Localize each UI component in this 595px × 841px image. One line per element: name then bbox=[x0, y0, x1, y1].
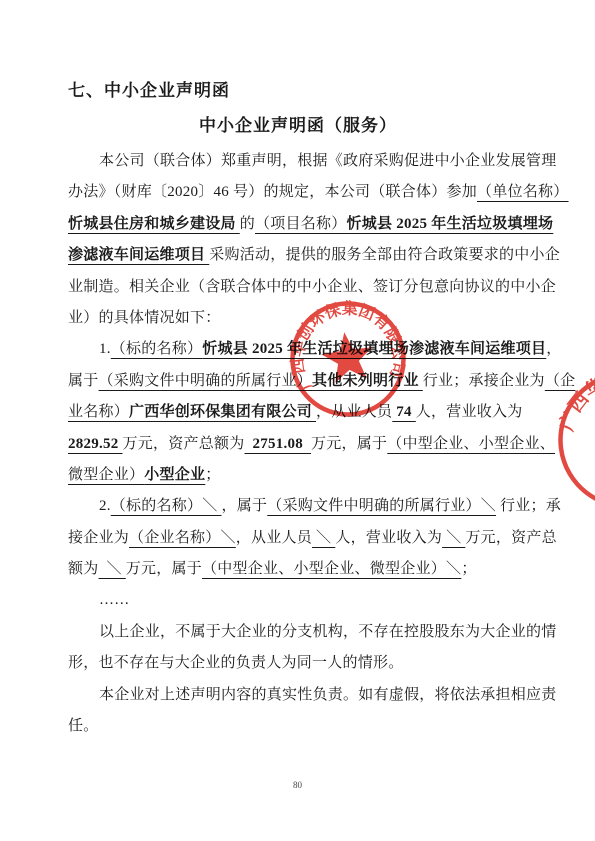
text-run: （企业名称）＼ bbox=[129, 530, 236, 546]
text-run: 人，营业收入为 bbox=[335, 530, 442, 546]
text-run: 微型企业） bbox=[68, 467, 144, 483]
text-line: …… bbox=[68, 585, 530, 616]
text-run: 接企业为 bbox=[68, 530, 129, 546]
text-run: 业名称） bbox=[68, 404, 129, 420]
text-run: ，从业人员 bbox=[316, 404, 392, 420]
text-line: 1.（标的名称）忻城县 2025 年生活垃圾填埋场渗滤液车间运维项目， bbox=[68, 334, 530, 365]
text-run: 1. bbox=[99, 341, 111, 357]
text-run: 行业；承 bbox=[496, 498, 561, 514]
document-body: 本公司（联合体）郑重声明，根据《政府采购促进中小企业发展管理办法》（财库〔202… bbox=[68, 146, 530, 742]
text-run: 2829.52 bbox=[68, 436, 123, 452]
text-run: 万元，属于 bbox=[126, 561, 202, 577]
text-run: ＼ bbox=[312, 530, 335, 546]
text-line: 业名称）广西华创环保集团有限公司 ，从业人员 74 人，营业收入为 bbox=[68, 397, 530, 428]
text-run: （项目名称） bbox=[255, 216, 347, 232]
text-run: 额为 bbox=[68, 561, 99, 577]
text-run: ，从业人员 bbox=[236, 530, 312, 546]
text-run: 业制造。相关企业（含联合体中的中小企业、签订分包意向协议的中小企 bbox=[68, 279, 556, 295]
text-run: 本公司（联合体）郑重声明，根据《政府采购促进中小企业发展管理 bbox=[99, 153, 557, 169]
text-line: 业制造。相关企业（含联合体中的中小企业、签订分包意向协议的中小企 bbox=[68, 272, 530, 303]
text-run: ， bbox=[546, 341, 561, 357]
text-run: 2. bbox=[99, 498, 111, 514]
text-run: 形，也不存在与大企业的负责人为同一人的情形。 bbox=[68, 655, 404, 671]
text-run: 忻城县 2025 年生活垃圾填埋场渗滤液车间运维项目 bbox=[202, 341, 546, 357]
text-run: 以上企业，不属于大企业的分支机构，不存在控股股东为大企业的情 bbox=[99, 624, 557, 640]
text-line: 接企业为（企业名称）＼，从业人员 ＼ 人，营业收入为 ＼ 万元，资产总 bbox=[68, 523, 530, 554]
text-run: （中型企业、小型企业、微型企业）＼ bbox=[202, 561, 461, 577]
text-run: （标的名称）＼ bbox=[111, 498, 222, 514]
text-run: （企 bbox=[545, 373, 576, 389]
text-line: 微型企业）小型企业； bbox=[68, 460, 530, 491]
text-line: 2.（标的名称）＼ ，属于（采购文件中明确的所属行业）＼ 行业；承 bbox=[68, 491, 530, 522]
text-line: 形，也不存在与大企业的负责人为同一人的情形。 bbox=[68, 648, 530, 679]
document-page: 七、中小企业声明函 中小企业声明函（服务） 本公司（联合体）郑重声明，根据《政府… bbox=[0, 0, 595, 841]
text-run: 任。 bbox=[68, 718, 99, 734]
section-heading: 七、中小企业声明函 bbox=[68, 76, 230, 101]
text-line: 业）的具体情况如下： bbox=[68, 303, 530, 334]
text-run: （采购文件中明确的所属行业） bbox=[99, 373, 313, 389]
text-run: 属于 bbox=[68, 373, 99, 389]
text-run: 万元，属于 bbox=[311, 436, 387, 452]
text-line: 本公司（联合体）郑重声明，根据《政府采购促进中小企业发展管理 bbox=[68, 146, 530, 177]
text-run: …… bbox=[99, 592, 130, 608]
text-run: 本企业对上述声明内容的真实性负责。如有虚假，将依法承担相应责 bbox=[99, 687, 557, 703]
text-line: 办法》（财库〔2020〕46 号）的规定，本公司（联合体）参加（单位名称） bbox=[68, 177, 530, 208]
text-run: （单位名称） bbox=[477, 184, 569, 200]
text-run: 其他未列明行业 bbox=[312, 373, 423, 389]
seal-star bbox=[587, 396, 595, 479]
text-run: 办法》（财库〔2020〕46 号）的规定，本公司（联合体）参加 bbox=[68, 184, 477, 200]
text-line: 额为 ＼ 万元，属于（中型企业、小型企业、微型企业）＼； bbox=[68, 554, 530, 585]
text-run: ＼ bbox=[99, 561, 126, 577]
text-run: 忻城县 2025 年生活垃圾填埋场 bbox=[347, 216, 554, 232]
text-line: 属于（采购文件中明确的所属行业）其他未列明行业 行业；承接企业为（企 bbox=[68, 366, 530, 397]
text-line: 任。 bbox=[68, 711, 530, 742]
text-run: 的 bbox=[240, 216, 255, 232]
text-run: 行业；承接企业为 bbox=[423, 373, 545, 389]
page-number: 80 bbox=[0, 780, 595, 790]
text-run: （中型企业、小型企业、 bbox=[387, 436, 555, 452]
text-run: 广西华创环保集团有限公司 bbox=[129, 404, 316, 420]
text-line: 本企业对上述声明内容的真实性负责。如有虚假，将依法承担相应责 bbox=[68, 680, 530, 711]
text-run: ； bbox=[461, 561, 476, 577]
text-run: 渗滤液车间运维项目 bbox=[68, 247, 209, 263]
text-run: 小型企业 bbox=[144, 467, 205, 483]
text-run: 采购活动，提供的服务全部由符合政策要求的中小企 bbox=[209, 247, 560, 263]
text-line: 以上企业，不属于大企业的分支机构，不存在控股股东为大企业的情 bbox=[68, 617, 530, 648]
text-run: ＼ bbox=[442, 530, 465, 546]
text-line: 渗滤液车间运维项目 采购活动，提供的服务全部由符合政策要求的中小企 bbox=[68, 240, 530, 271]
document-title: 中小企业声明函（服务） bbox=[68, 111, 528, 136]
text-run: 万元，资产总 bbox=[465, 530, 557, 546]
text-run: 人，营业收入为 bbox=[416, 404, 523, 420]
text-line: 2829.52 万元，资产总额为 2751.08 万元，属于（中型企业、小型企业… bbox=[68, 429, 530, 460]
text-run: 万元，资产总额为 bbox=[123, 436, 245, 452]
text-run: 忻城县住房和城乡建设局 bbox=[68, 216, 240, 232]
text-run: 2751.08 bbox=[245, 436, 312, 452]
text-run: （标的名称） bbox=[111, 341, 203, 357]
text-run: ，属于 bbox=[222, 498, 268, 514]
text-run: 74 bbox=[392, 404, 416, 420]
text-line: 忻城县住房和城乡建设局 的（项目名称）忻城县 2025 年生活垃圾填埋场 bbox=[68, 209, 530, 240]
text-run: 业）的具体情况如下： bbox=[68, 310, 221, 326]
text-run: ； bbox=[205, 467, 220, 483]
text-run: （采购文件中明确的所属行业）＼ bbox=[267, 498, 496, 514]
